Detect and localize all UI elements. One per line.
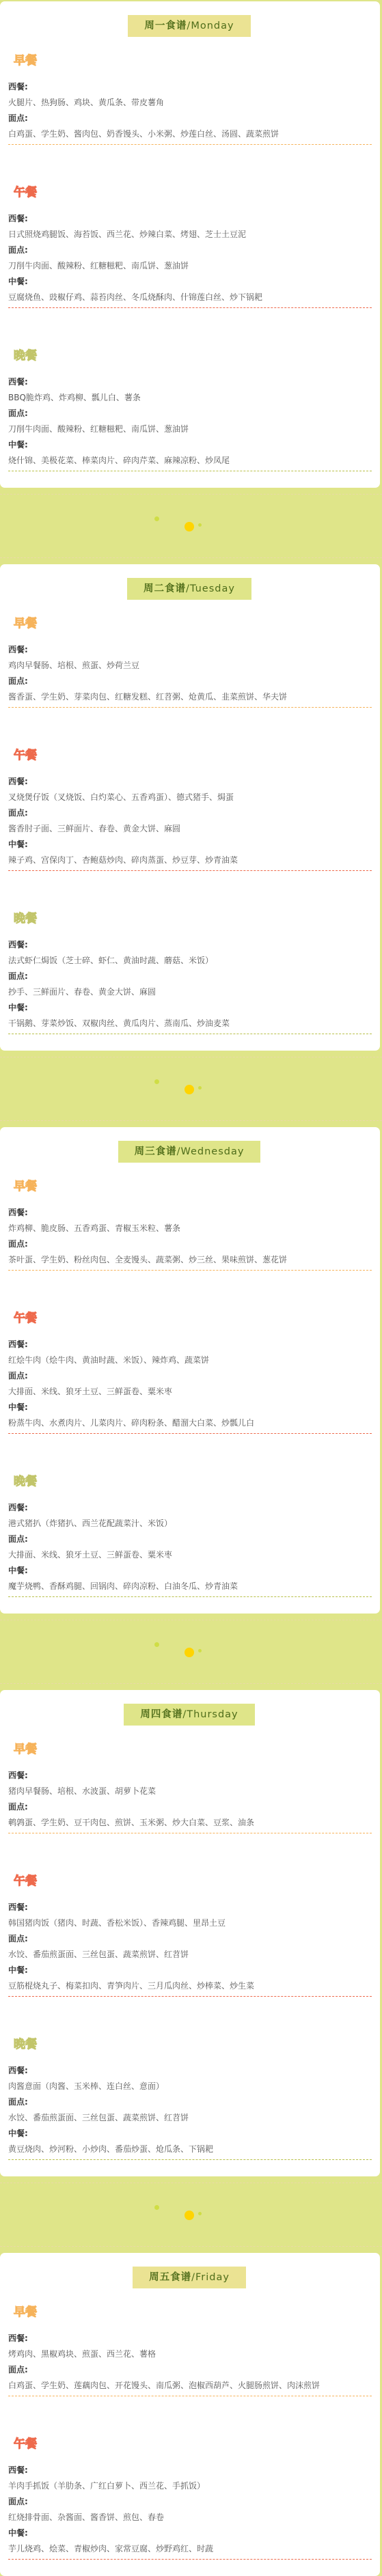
day-title-badge: 周四食谱/Thursday [124,1704,254,1726]
category-label: 西餐: [8,1500,372,1516]
category-label: 面点: [8,2362,372,2378]
day-menu-card-thursday: 周四食谱/Thursday 早餐 西餐:猪肉早餐肠、培根、水波蛋、胡萝卜花菜面点… [0,1690,380,2176]
category-label: 面点: [8,1236,372,1252]
day-title-wrap: 周二食谱/Tuesday [7,578,372,600]
meal-heading-dinner: 晚餐 [8,2034,372,2055]
category-label: 面点: [8,243,372,258]
sun-dot-icon [185,1648,194,1657]
meal-body: 西餐:肉酱意面（肉酱、玉米棒、连白丝、意面）面点:水饺、番茄煎蛋面、三丝包蛋、蔬… [8,2063,372,2160]
meal-section-breakfast: 早餐 西餐:炸鸡柳、脆皮肠、五香鸡蛋、青椒玉米粒、薯条面点:茶叶蛋、学生奶、粉丝… [8,1176,372,1271]
category-dish-list: 大排面、米线、狼牙土豆、三鲜蛋卷、粟米枣 [8,1384,372,1400]
category-label: 中餐: [8,1563,372,1579]
category-label: 西餐: [8,1768,372,1784]
meal-heading-breakfast: 早餐 [8,613,372,634]
category-label: 面点: [8,1368,372,1384]
separator-dashed-line [0,1057,382,1057]
day-separator-band [0,2176,382,2253]
meal-body: 西餐:法式虾仁焗饭（芝士碎、虾仁、黄油时蔬、蘑菇、米饭）面点:抄手、三鲜面片、春… [8,937,372,1034]
meal-body: 西餐:火腿片、热狗肠、鸡块、黄瓜条、带皮薯角面点:白鸡蛋、学生奶、酱肉包、奶香馒… [8,79,372,145]
meal-body: 西餐:烤鸡肉、黑椒鸡块、煎蛋、西兰花、薯格面点:白鸡蛋、学生奶、莲藕肉包、开花馒… [8,2331,372,2396]
meal-heading-breakfast: 早餐 [8,2302,372,2323]
meal-section-lunch: 午餐 西餐:日式照烧鸡腿饭、海苔饭、西兰花、炒辣白菜、烤翅、芝士土豆泥面点:刀削… [8,182,372,308]
meal-body: 西餐:叉烧煲仔饭（叉烧饭、白灼菜心、五香鸡蛋）、德式猪手、焗蛋面点:酱香肘子面、… [8,774,372,871]
meal-list: 早餐 西餐:猪肉早餐肠、培根、水波蛋、胡萝卜花菜面点:鹌鹑蛋、学生奶、豆干肉包、… [8,1739,372,2160]
meal-body: 西餐:炸鸡柳、脆皮肠、五香鸡蛋、青椒玉米粒、薯条面点:茶叶蛋、学生奶、粉丝肉包、… [8,1205,372,1271]
category-label: 西餐: [8,211,372,227]
category-dish-list: 炸鸡柳、脆皮肠、五香鸡蛋、青椒玉米粒、薯条 [8,1221,372,1236]
day-title-badge: 周一食谱/Monday [128,15,250,37]
category-label: 西餐: [8,79,372,95]
meal-section-dinner: 晚餐 西餐:法式虾仁焗饭（芝士碎、虾仁、黄油时蔬、蘑菇、米饭）面点:抄手、三鲜面… [8,909,372,1034]
day-title-en: Monday [191,20,234,31]
category-dish-list: 白鸡蛋、学生奶、酱肉包、奶香馒头、小米粥、炒莲白丝、汤圆、蔬菜煎饼 [8,126,372,142]
meal-body: 西餐:鸡肉早餐肠、培根、煎蛋、炒荷兰豆面点:酱香蛋、学生奶、芽菜肉包、红糖发糕、… [8,642,372,708]
meal-heading-dinner: 晚餐 [8,1471,372,1492]
day-title-zh: 周五食谱 [149,2272,191,2283]
category-dish-list: 水饺、番茄煎蛋面、三丝包蛋、蔬菜煎饼、红苕饼 [8,1947,372,1963]
meal-heading-breakfast: 早餐 [8,1739,372,1760]
separator-dashed-line [0,1620,382,1620]
category-dish-list: 法式虾仁焗饭（芝士碎、虾仁、黄油时蔬、蘑菇、米饭） [8,953,372,969]
category-label: 西餐: [8,2063,372,2079]
category-dish-list: 韩国猪肉饭（猪肉、时蔬、香松米饭）、香辣鸡腿、里昂土豆 [8,1915,372,1931]
meal-section-lunch: 午餐 西餐:羊肉手抓饭（羊肋条、广红白萝卜、西兰花、手抓饭）面点:红烧排骨面、杂… [8,2434,372,2560]
meal-section-breakfast: 早餐 西餐:猪肉早餐肠、培根、水波蛋、胡萝卜花菜面点:鹌鹑蛋、学生奶、豆干肉包、… [8,1739,372,1833]
category-dish-list: 豆腐烧鱼、豉椒仔鸡、蒜苔肉丝、冬瓜烧酥肉、什锦莲白丝、炒下锅耙 [8,290,372,305]
category-dish-list: 刀削牛肉面、酸辣粉、红糖糍粑、南瓜饼、葱油饼 [8,421,372,437]
meal-heading-lunch: 午餐 [8,182,372,203]
day-menu-card-friday: 周五食谱/Friday 早餐 西餐:烤鸡肉、黑椒鸡块、煎蛋、西兰花、薯格面点:白… [0,2253,380,2576]
meal-section-dinner: 晚餐 西餐:港式猪扒（炸猪扒、西兰花配蔬菜汁、米饭）面点:大排面、米线、狼牙土豆… [8,1471,372,1597]
sun-dot-icon [185,1085,194,1094]
day-title-badge: 周三食谱/Wednesday [118,1141,261,1163]
category-dish-list: 港式猪扒（炸猪扒、西兰花配蔬菜汁、米饭） [8,1516,372,1532]
category-dish-list: 大排面、米线、狼牙土豆、三鲜蛋卷、粟米枣 [8,1547,372,1563]
day-menu-card-monday: 周一食谱/Monday 早餐 西餐:火腿片、热狗肠、鸡块、黄瓜条、带皮薯角面点:… [0,1,380,488]
category-dish-list: 粉蒸牛肉、水煮肉片、儿菜肉片、碎肉粉条、醋溜大白菜、炒瓢儿白 [8,1415,372,1431]
meal-heading-dinner: 晚餐 [8,346,372,366]
meal-section-lunch: 午餐 西餐:韩国猪肉饭（猪肉、时蔬、香松米饭）、香辣鸡腿、里昂土豆面点:水饺、番… [8,1871,372,1997]
category-label: 面点: [8,674,372,689]
category-dish-list: 鹌鹑蛋、学生奶、豆干肉包、煎饼、玉米粥、炒大白菜、豆浆、油条 [8,1815,372,1831]
meal-body: 西餐:韩国猪肉饭（猪肉、时蔬、香松米饭）、香辣鸡腿、里昂土豆面点:水饺、番茄煎蛋… [8,1900,372,1997]
meal-heading-breakfast: 早餐 [8,1176,372,1197]
meal-heading-breakfast: 早餐 [8,51,372,71]
category-dish-list: 抄手、三鲜面片、春卷、黄金大饼、麻圆 [8,984,372,1000]
category-label: 中餐: [8,274,372,290]
category-dish-list: 羊肉手抓饭（羊肋条、广红白萝卜、西兰花、手抓饭） [8,2478,372,2494]
day-title-en: Wednesday [180,1146,244,1157]
meal-heading-dinner: 晚餐 [8,909,372,929]
category-dish-list: 日式照烧鸡腿饭、海苔饭、西兰花、炒辣白菜、烤翅、芝士土豆泥 [8,227,372,243]
small-dot-icon [154,516,159,521]
meal-section-dinner: 晚餐 西餐:肉酱意面（肉酱、玉米棒、连白丝、意面）面点:水饺、番茄煎蛋面、三丝包… [8,2034,372,2160]
day-separator-band [0,1051,382,1127]
category-dish-list: 酱香蛋、学生奶、芽菜肉包、红糖发糕、红苕粥、炝黄瓜、韭菜煎饼、华夫饼 [8,689,372,705]
category-dish-list: 水饺、番茄煎蛋面、三丝包蛋、蔬菜煎饼、红苕饼 [8,2110,372,2126]
category-dish-list: BBQ脆炸鸡、炸鸡柳、瓢儿白、薯条 [8,390,372,406]
day-title-badge: 周二食谱/Tuesday [127,578,251,600]
meal-heading-lunch: 午餐 [8,1871,372,1892]
category-label: 面点: [8,2094,372,2110]
meal-heading-lunch: 午餐 [8,745,372,766]
category-label: 面点: [8,805,372,821]
category-dish-list: 干锅鹅、芽菜炒饭、双椒肉丝、黄瓜肉片、蒸南瓜、炒油麦菜 [8,1016,372,1031]
meal-list: 早餐 西餐:炸鸡柳、脆皮肠、五香鸡蛋、青椒玉米粒、薯条面点:茶叶蛋、学生奶、粉丝… [8,1176,372,1597]
category-dish-list: 火腿片、热狗肠、鸡块、黄瓜条、带皮薯角 [8,95,372,111]
meal-section-lunch: 午餐 西餐:叉烧煲仔饭（叉烧饭、白灼菜心、五香鸡蛋）、德式猪手、焗蛋面点:酱香肘… [8,745,372,871]
category-dish-list: 芋儿烧鸡、烩菜、青椒炒肉、家常豆腐、炒野鸡红、时蔬 [8,2541,372,2557]
category-label: 西餐: [8,1337,372,1353]
small-dot-icon [198,1649,202,1652]
meal-section-dinner: 晚餐 西餐:BBQ脆炸鸡、炸鸡柳、瓢儿白、薯条面点:刀削牛肉面、酸辣粉、红糖糍粑… [8,346,372,471]
small-dot-icon [154,2205,159,2210]
category-label: 面点: [8,969,372,984]
category-label: 西餐: [8,2463,372,2478]
category-dish-list: 猪肉早餐肠、培根、水波蛋、胡萝卜花菜 [8,1784,372,1799]
category-label: 西餐: [8,937,372,953]
day-title-zh: 周二食谱 [144,583,186,594]
day-menu-card-tuesday: 周二食谱/Tuesday 早餐 西餐:鸡肉早餐肠、培根、煎蛋、炒荷兰豆面点:酱香… [0,564,380,1051]
category-label: 西餐: [8,2331,372,2346]
category-dish-list: 红烧排骨面、杂酱面、酱香饼、煎包、春卷 [8,2510,372,2525]
separator-dashed-line [0,1120,382,1121]
separator-dashed-line [0,2246,382,2247]
small-dot-icon [154,1642,159,1647]
category-label: 中餐: [8,2126,372,2142]
meal-list: 早餐 西餐:火腿片、热狗肠、鸡块、黄瓜条、带皮薯角面点:白鸡蛋、学生奶、酱肉包、… [8,51,372,471]
day-title-wrap: 周五食谱/Friday [7,2267,372,2288]
category-label: 面点: [8,1931,372,1947]
weekly-menu-page: 周一食谱/Monday 早餐 西餐:火腿片、热狗肠、鸡块、黄瓜条、带皮薯角面点:… [0,0,382,2576]
category-dish-list: 酱香肘子面、三鲜面片、春卷、黄金大饼、麻圆 [8,821,372,837]
day-menu-card-wednesday: 周三食谱/Wednesday 早餐 西餐:炸鸡柳、脆皮肠、五香鸡蛋、青椒玉米粒、… [0,1127,380,1614]
meal-heading-lunch: 午餐 [8,1308,372,1329]
category-dish-list: 烤鸡肉、黑椒鸡块、煎蛋、西兰花、薯格 [8,2346,372,2362]
meal-section-breakfast: 早餐 西餐:烤鸡肉、黑椒鸡块、煎蛋、西兰花、薯格面点:白鸡蛋、学生奶、莲藕肉包、… [8,2302,372,2396]
day-separator-band [0,488,382,564]
category-dish-list: 红烩牛肉（烩牛肉、黄油时蔬、米饭）、辣炸鸡、蔬菜饼 [8,1353,372,1368]
category-label: 西餐: [8,374,372,390]
separator-dashed-line [0,494,382,495]
small-dot-icon [198,523,202,527]
category-label: 面点: [8,406,372,421]
category-dish-list: 魔芋烧鸭、香酥鸡腿、回锅肉、碎肉凉粉、白油冬瓜、炒青油菜 [8,1579,372,1594]
separator-dashed-line [0,2183,382,2183]
small-dot-icon [154,1079,159,1084]
category-label: 面点: [8,1799,372,1815]
day-title-zh: 周一食谱 [144,20,187,31]
category-label: 中餐: [8,1963,372,1978]
day-title-wrap: 周四食谱/Thursday [7,1704,372,1726]
meal-body: 西餐:日式照烧鸡腿饭、海苔饭、西兰花、炒辣白菜、烤翅、芝士土豆泥面点:刀削牛肉面… [8,211,372,308]
meal-list: 早餐 西餐:烤鸡肉、黑椒鸡块、煎蛋、西兰花、薯格面点:白鸡蛋、学生奶、莲藕肉包、… [8,2302,372,2560]
category-dish-list: 辣子鸡、宫保肉丁、杏鲍菇炒肉、碎肉蒸蛋、炒豆芽、炒青油菜 [8,853,372,868]
day-title-en: Tuesday [190,583,235,594]
day-title-badge: 周五食谱/Friday [133,2267,246,2288]
small-dot-icon [198,1086,202,1090]
category-dish-list: 豆筋棍烧丸子、梅菜扣肉、青笋肉片、三月瓜肉丝、炒棒菜、炒生菜 [8,1978,372,1994]
meal-body: 西餐:羊肉手抓饭（羊肋条、广红白萝卜、西兰花、手抓饭）面点:红烧排骨面、杂酱面、… [8,2463,372,2560]
day-title-wrap: 周三食谱/Wednesday [7,1141,372,1163]
meal-section-breakfast: 早餐 西餐:火腿片、热狗肠、鸡块、黄瓜条、带皮薯角面点:白鸡蛋、学生奶、酱肉包、… [8,51,372,145]
meal-body: 西餐:港式猪扒（炸猪扒、西兰花配蔬菜汁、米饭）面点:大排面、米线、狼牙土豆、三鲜… [8,1500,372,1597]
day-title-zh: 周三食谱 [135,1146,177,1157]
category-dish-list: 烧什锦、美极花菜、棒菜肉片、碎肉芹菜、麻辣凉粉、炒凤尾 [8,453,372,469]
category-label: 中餐: [8,1400,372,1415]
category-label: 面点: [8,2494,372,2510]
category-label: 中餐: [8,1000,372,1016]
category-label: 面点: [8,1532,372,1547]
category-dish-list: 白鸡蛋、学生奶、莲藕肉包、开花馒头、南瓜粥、泡椒西葫芦、火腿肠煎饼、肉沫煎饼 [8,2378,372,2394]
category-label: 西餐: [8,774,372,790]
small-dot-icon [198,2212,202,2215]
category-label: 中餐: [8,837,372,853]
day-title-en: Friday [195,2272,230,2283]
category-dish-list: 鸡肉早餐肠、培根、煎蛋、炒荷兰豆 [8,658,372,674]
category-label: 西餐: [8,1900,372,1915]
day-title-en: Thursday [187,1709,238,1720]
category-label: 西餐: [8,1205,372,1221]
category-dish-list: 黄豆烧肉、炒河粉、小炒肉、番茄炒蛋、炝瓜条、下锅耙 [8,2142,372,2157]
meal-list: 早餐 西餐:鸡肉早餐肠、培根、煎蛋、炒荷兰豆面点:酱香蛋、学生奶、芽菜肉包、红糖… [8,613,372,1034]
meal-body: 西餐:猪肉早餐肠、培根、水波蛋、胡萝卜花菜面点:鹌鹑蛋、学生奶、豆干肉包、煎饼、… [8,1768,372,1833]
meal-body: 西餐:BBQ脆炸鸡、炸鸡柳、瓢儿白、薯条面点:刀削牛肉面、酸辣粉、红糖糍粑、南瓜… [8,374,372,471]
meal-body: 西餐:红烩牛肉（烩牛肉、黄油时蔬、米饭）、辣炸鸡、蔬菜饼面点:大排面、米线、狼牙… [8,1337,372,1434]
day-separator-band [0,1614,382,1690]
category-label: 面点: [8,111,372,126]
category-label: 中餐: [8,2525,372,2541]
meal-section-lunch: 午餐 西餐:红烩牛肉（烩牛肉、黄油时蔬、米饭）、辣炸鸡、蔬菜饼面点:大排面、米线… [8,1308,372,1434]
category-label: 西餐: [8,642,372,658]
category-dish-list: 茶叶蛋、学生奶、粉丝肉包、全麦馒头、蔬菜粥、炒三丝、果味煎饼、葱花饼 [8,1252,372,1268]
day-title-wrap: 周一食谱/Monday [7,15,372,37]
sun-dot-icon [185,522,194,531]
day-title-zh: 周四食谱 [140,1709,182,1720]
category-dish-list: 刀削牛肉面、酸辣粉、红糖糍粑、南瓜饼、葱油饼 [8,258,372,274]
separator-dashed-line [0,557,382,558]
sun-dot-icon [185,2211,194,2220]
meal-section-breakfast: 早餐 西餐:鸡肉早餐肠、培根、煎蛋、炒荷兰豆面点:酱香蛋、学生奶、芽菜肉包、红糖… [8,613,372,708]
category-label: 中餐: [8,437,372,453]
meal-heading-lunch: 午餐 [8,2434,372,2454]
category-dish-list: 肉酱意面（肉酱、玉米棒、连白丝、意面） [8,2079,372,2094]
category-dish-list: 叉烧煲仔饭（叉烧饭、白灼菜心、五香鸡蛋）、德式猪手、焗蛋 [8,790,372,805]
separator-dashed-line [0,1683,382,1684]
